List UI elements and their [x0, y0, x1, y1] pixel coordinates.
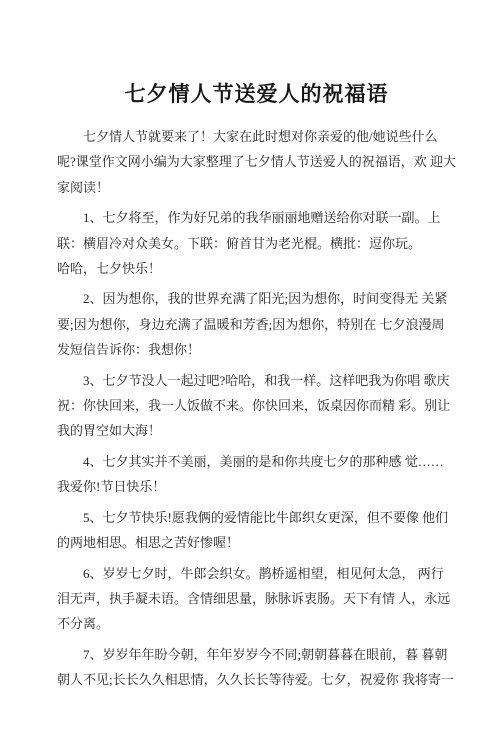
- paragraph-item-7: 7、岁岁年年盼今朝，年年岁岁今不同;朝朝暮暮在眼前，暮 暮朝 朝人不见;长长久久…: [57, 642, 460, 693]
- text-line: 发短信告诉你：我想你！: [57, 337, 460, 362]
- document-body: 七夕情人节就要来了！大家在此时想对你亲爱的他/她说些什么 呢?课堂作文网小编为大…: [57, 124, 460, 693]
- text-line: 不分离。: [57, 611, 460, 636]
- text-line: 我爱你!节日快乐！: [57, 474, 460, 499]
- paragraph-item-6: 6、岁岁七夕时，牛郎会织女。鹊桥遥相望，相见何太急， 两行 泪无声，执手凝未语。…: [57, 561, 460, 637]
- page-title: 七夕情人节送爱人的祝福语: [57, 82, 456, 107]
- text-line: 哈哈，七夕快乐！: [57, 256, 460, 281]
- paragraph-intro: 七夕情人节就要来了！大家在此时想对你亲爱的他/她说些什么 呢?课堂作文网小编为大…: [57, 124, 460, 200]
- text-line: 朝人不见;长长久久相思情，久久长长等待爱。七夕，祝爱你 我将寄一: [57, 667, 460, 692]
- document-page: 七夕情人节送爱人的祝福语 七夕情人节就要来了！大家在此时想对你亲爱的他/她说些什…: [0, 0, 500, 747]
- text-line: 祝：你快回来，我一人饭做不来。你快回来，饭桌因你而精 彩。别让: [57, 393, 460, 418]
- text-line: 5、七夕节快乐!愿我俩的爱情能比牛郎织女更深，但不要像 他们: [57, 505, 460, 530]
- text-line: 要;因为想你，身边充满了温暖和芳香;因为想你，特别在 七夕浪漫周: [57, 312, 460, 337]
- text-line: 6、岁岁七夕时，牛郎会织女。鹊桥遥相望，相见何太急， 两行: [57, 561, 460, 586]
- text-line: 1、七夕将至，作为好兄弟的我华丽丽地赠送给你对联一副。上: [57, 205, 460, 230]
- paragraph-item-5: 5、七夕节快乐!愿我俩的爱情能比牛郎织女更深，但不要像 他们 的两地相思。相思之…: [57, 505, 460, 556]
- text-line: 呢?课堂作文网小编为大家整理了七夕情人节送爱人的祝福语，欢 迎大: [57, 149, 460, 174]
- text-line: 我的胃空如大海！: [57, 418, 460, 443]
- paragraph-item-4: 4、七夕其实并不美丽，美丽的是和你共度七夕的那种感 觉…… 我爱你!节日快乐！: [57, 449, 460, 500]
- text-line: 3、七夕节没人一起过吧?哈哈，和我一样。这样吧我为你唱 歌庆: [57, 368, 460, 393]
- text-line: 联：横眉冷对众美女。下联：俯首甘为老光棍。横批：逗你玩。: [57, 231, 460, 256]
- text-line: 七夕情人节就要来了！大家在此时想对你亲爱的他/她说些什么: [57, 124, 460, 149]
- text-line: 7、岁岁年年盼今朝，年年岁岁今不同;朝朝暮暮在眼前，暮 暮朝: [57, 642, 460, 667]
- paragraph-item-3: 3、七夕节没人一起过吧?哈哈，和我一样。这样吧我为你唱 歌庆 祝：你快回来，我一…: [57, 368, 460, 444]
- text-line: 家阅读！: [57, 175, 460, 200]
- text-line: 泪无声，执手凝未语。含情细思量，脉脉诉衷肠。天下有情 人，永远: [57, 586, 460, 611]
- text-line: 2、因为想你，我的世界充满了阳光;因为想你，时间变得无 关紧: [57, 286, 460, 311]
- paragraph-item-1: 1、七夕将至，作为好兄弟的我华丽丽地赠送给你对联一副。上 联：横眉冷对众美女。下…: [57, 205, 460, 281]
- text-line: 4、七夕其实并不美丽，美丽的是和你共度七夕的那种感 觉……: [57, 449, 460, 474]
- paragraph-item-2: 2、因为想你，我的世界充满了阳光;因为想你，时间变得无 关紧 要;因为想你，身边…: [57, 286, 460, 362]
- text-line: 的两地相思。相思之苦好惨喔！: [57, 530, 460, 555]
